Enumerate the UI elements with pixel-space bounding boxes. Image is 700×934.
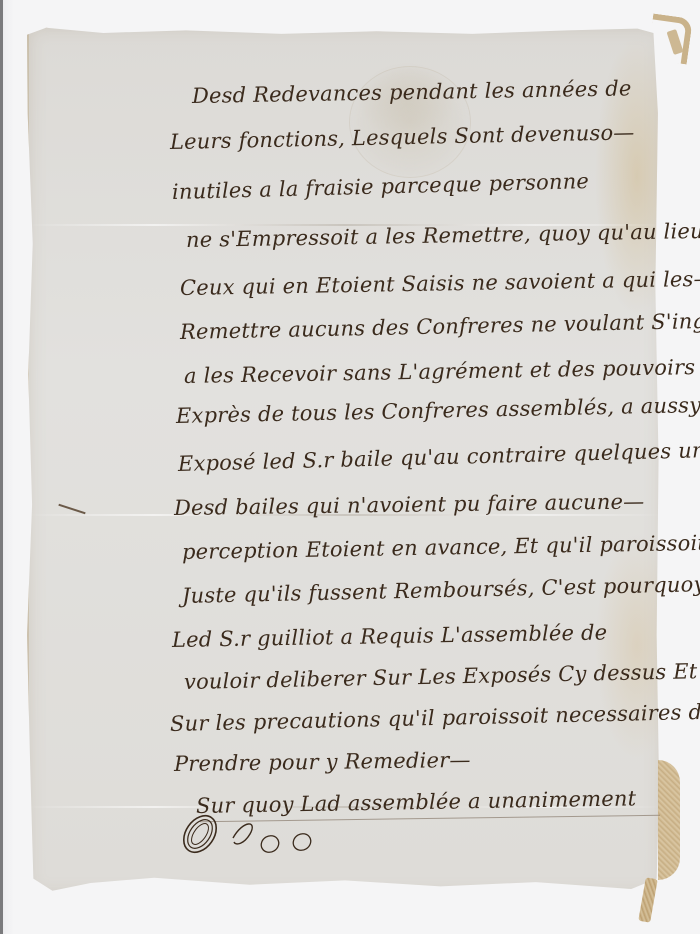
- signature-flourish-icon: [178, 800, 328, 860]
- scanned-page: Desd Redevances pendant les années de Le…: [0, 0, 700, 934]
- manuscript-line: vouloir deliberer Sur Les Exposés Cy des…: [184, 659, 698, 694]
- manuscript-line: inutiles a la fraisie parceque personne: [172, 169, 590, 204]
- manuscript-line: Ceux qui en Etoient Saisis ne savoient a…: [180, 267, 700, 300]
- manuscript-line: Remettre aucuns des Confreres ne voulant…: [180, 308, 700, 344]
- manuscript-line: ne s'Empressoit a les Remettre, quoy qu'…: [186, 219, 700, 252]
- manuscript-line: Desd bailes qui n'avoient pu faire aucun…: [174, 489, 645, 520]
- manuscript-line: Leurs fonctions, Lesquels Sont devenuso—: [170, 120, 635, 154]
- manuscript-line: perception Etoient en avance, Et qu'il p…: [182, 530, 700, 564]
- handwritten-text: Desd Redevances pendant les années de Le…: [0, 0, 700, 934]
- manuscript-line: Exposé led S.r baile qu'au contraire que…: [178, 438, 700, 476]
- manuscript-line: Led S.r guilliot a Requis L'assemblée de: [172, 620, 608, 652]
- manuscript-line: Juste qu'ils fussent Remboursés, C'est p…: [182, 572, 700, 608]
- manuscript-line: Sur les precautions qu'il paroissoit nec…: [170, 700, 700, 736]
- manuscript-line: Exprès de tous les Confreres assemblés, …: [176, 393, 700, 428]
- manuscript-line: Prendre pour y Remedier—: [174, 748, 471, 776]
- manuscript-line: a les Recevoir sans L'agrément et des po…: [184, 355, 696, 388]
- manuscript-line: Desd Redevances pendant les années de: [192, 76, 632, 108]
